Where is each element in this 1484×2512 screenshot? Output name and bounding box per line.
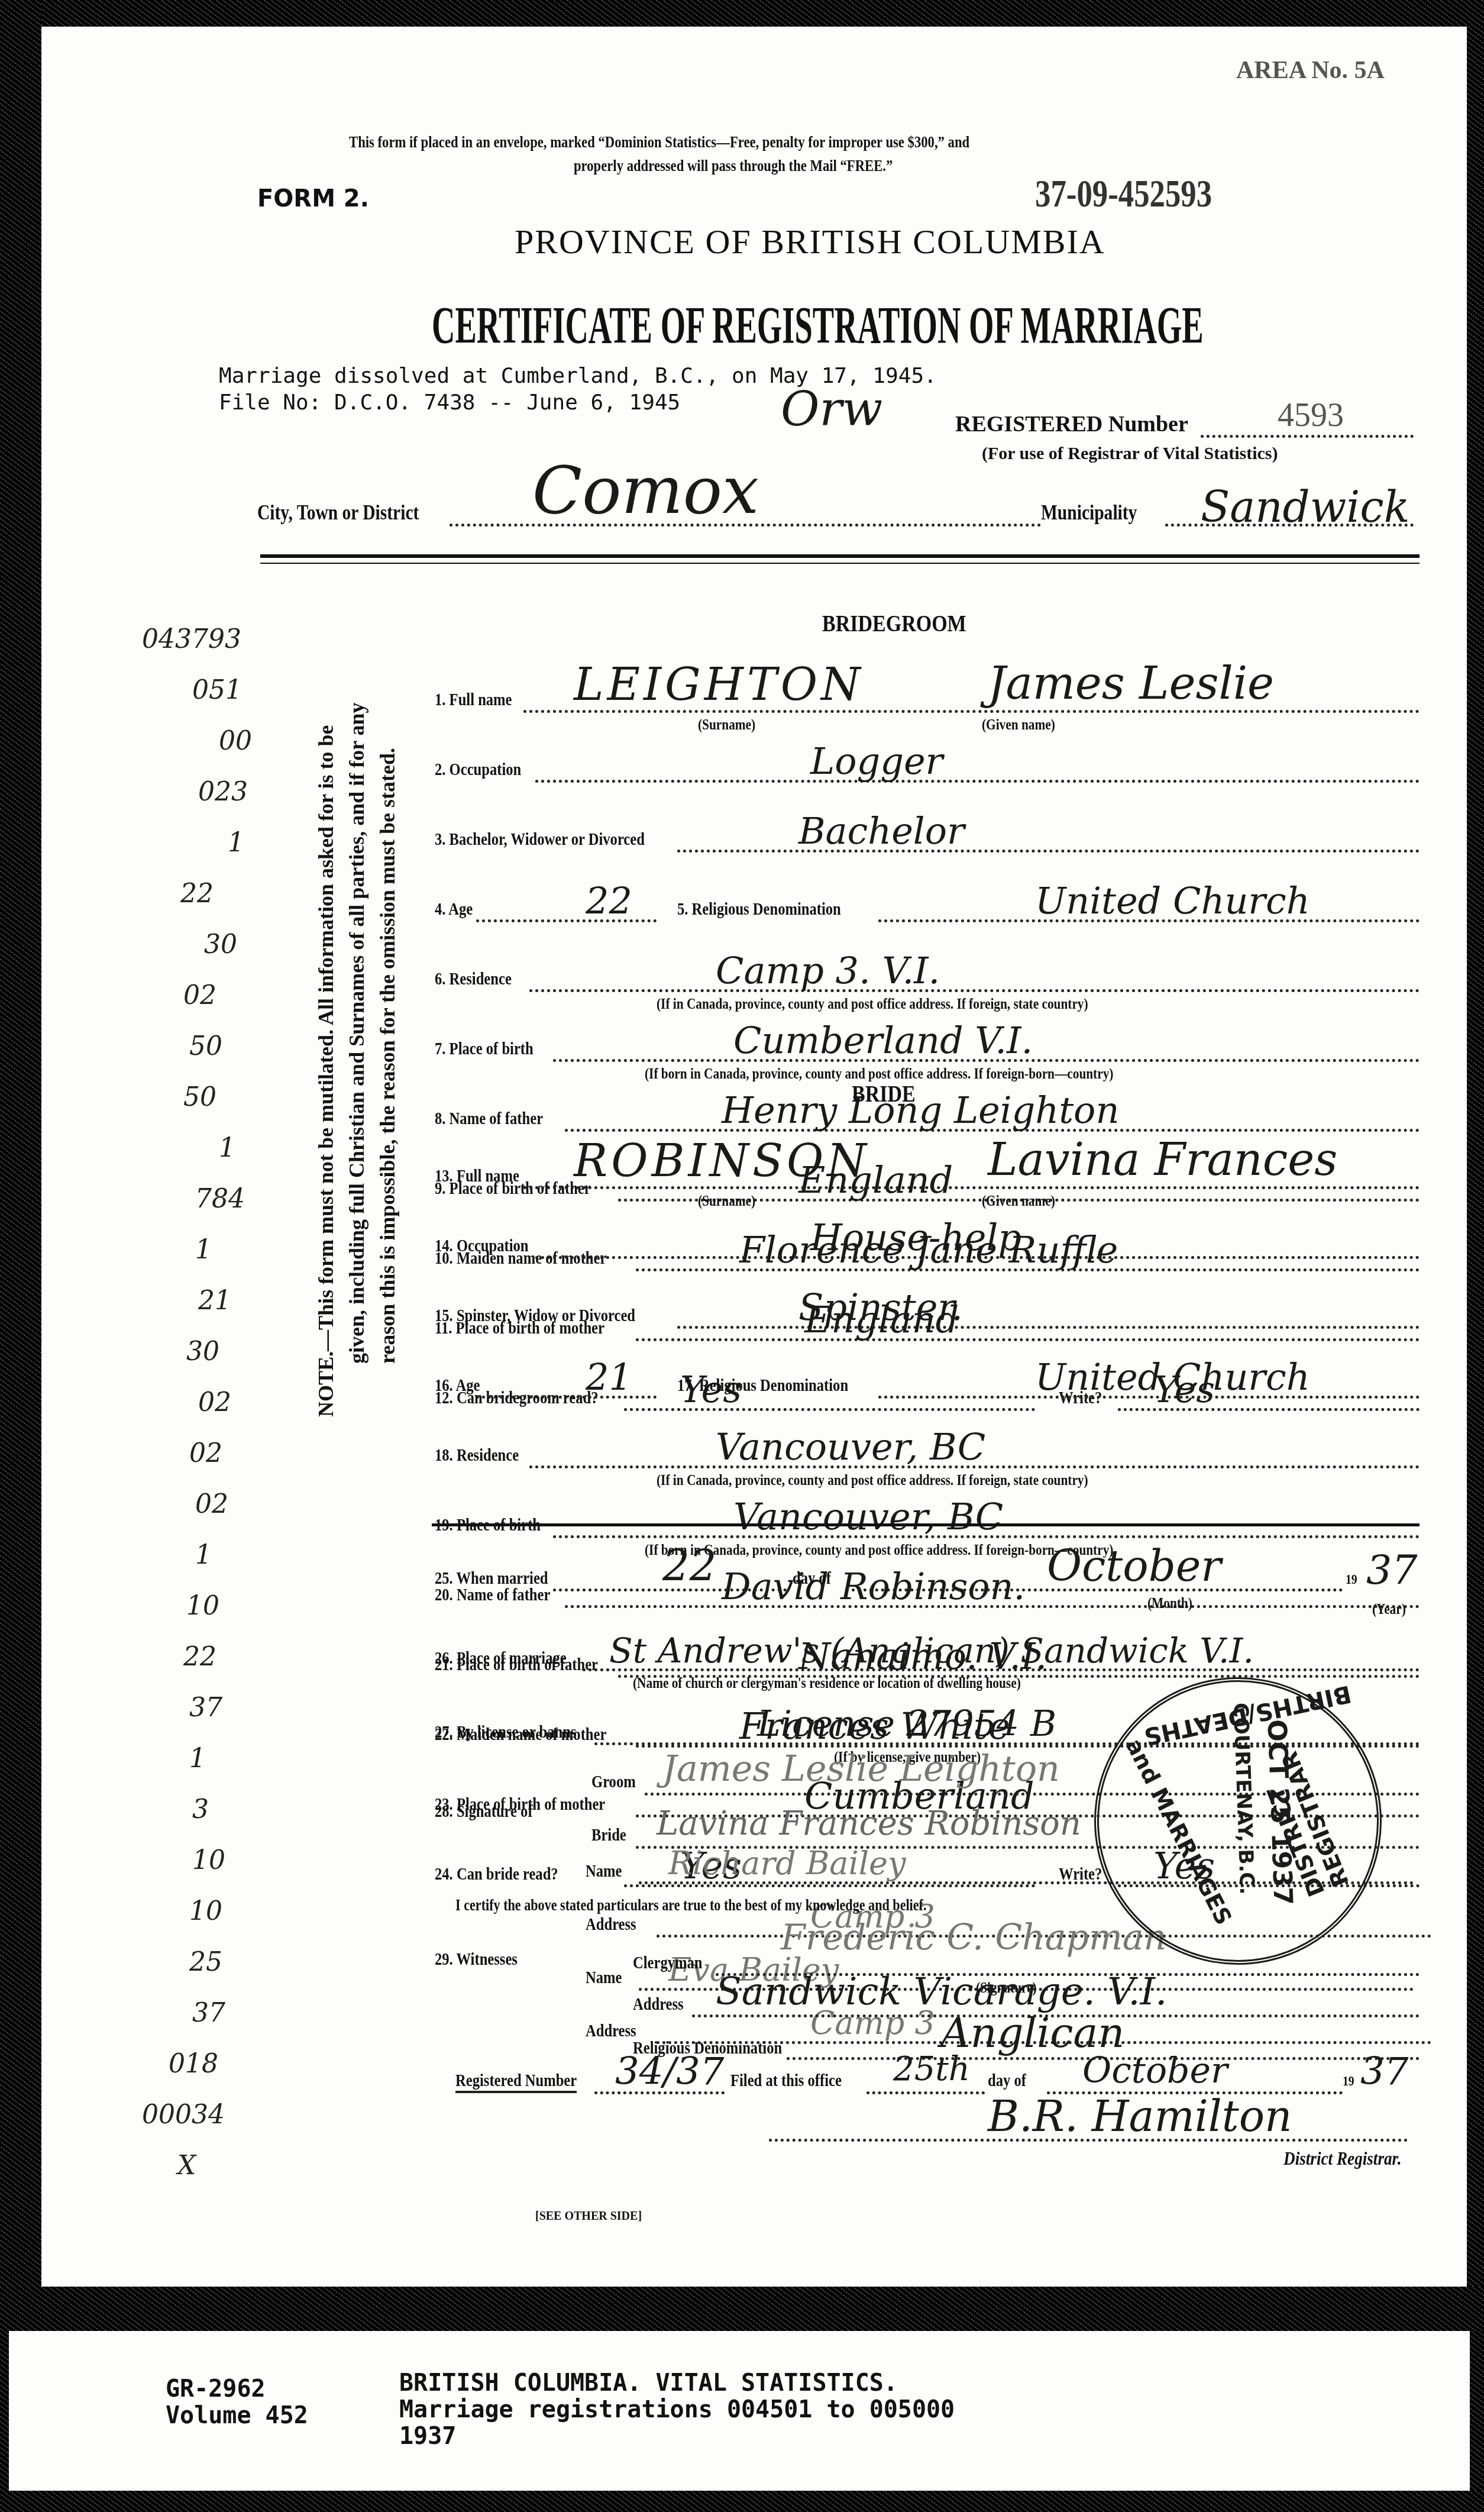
license-value: License 27954 B <box>757 1703 1056 1745</box>
municipality-label: Municipality <box>1041 500 1137 525</box>
day-of-label: day of <box>793 1568 831 1588</box>
margin-code: 10 <box>189 1896 222 1926</box>
bridegroom-surname: LEIGHTON <box>574 658 864 711</box>
bridegroom-residence-label: 6. Residence <box>435 969 512 989</box>
bride-given-hint: (Given name) <box>982 1192 1055 1210</box>
bridegroom-father-value: Henry Long Leighton <box>722 1089 1119 1132</box>
certificate-sheet: AREA No. 5A This form if placed in an en… <box>41 27 1467 2287</box>
city-label: City, Town or District <box>257 500 419 525</box>
filed-label: Filed at this office <box>730 2071 842 2091</box>
margin-code: 043793 <box>142 624 241 654</box>
margin-code: 02 <box>195 1489 228 1519</box>
registered-number-hint: (For use of Registrar of Vital Statistic… <box>982 444 1278 464</box>
margin-code: 25 <box>189 1947 222 1977</box>
bride-full-name-label: 13. Full name <box>435 1166 519 1186</box>
margin-code: 30 <box>204 929 237 960</box>
certificate-title: CERTIFICATE OF REGISTRATION OF MARRIAGE <box>432 296 1204 356</box>
bride-birthplace-value: Vancouver, BC <box>733 1495 1003 1538</box>
dissolution-note-line2: File No: D.C.O. 7438 -- June 6, 1945 <box>219 390 680 415</box>
clergyman-signature: Frederic C. Chapman <box>781 1917 1166 1958</box>
margin-code: 37 <box>192 1998 225 2028</box>
margin-code: 1 <box>189 1743 206 1774</box>
margin-code: 30 <box>186 1336 219 1367</box>
margin-code: 3 <box>192 1794 209 1825</box>
witness-2-address-label: Address <box>586 2021 636 2041</box>
bridegroom-father-label: 8. Name of father <box>435 1109 543 1129</box>
margin-code: 10 <box>192 1845 225 1875</box>
bridegroom-status-label: 3. Bachelor, Widower or Divorced <box>435 829 645 850</box>
bride-residence-label: 18. Residence <box>435 1445 519 1465</box>
bridegroom-age-label: 4. Age <box>435 899 473 919</box>
marriage-day: 22 <box>662 1541 717 1591</box>
bridegroom-occupation-line <box>535 780 1420 783</box>
bride-signature-label: Bride <box>591 1825 626 1845</box>
margin-code: 22 <box>183 1642 216 1672</box>
bride-occupation-label: 14. Occupation <box>435 1236 529 1256</box>
year-hint: (Year) <box>1372 1600 1406 1618</box>
district-registrar-label: District Registrar. <box>1283 2148 1401 2169</box>
bride-age-value: 21 <box>586 1355 632 1399</box>
bridegroom-age-value: 22 <box>586 879 632 922</box>
bride-father-value: David Robinson. <box>722 1565 1025 1608</box>
groom-signature: James Leslie Leighton <box>662 1748 1060 1790</box>
registered-number-line <box>1201 435 1414 438</box>
note-line-3: reason this is impossible, the reason fo… <box>372 702 403 1417</box>
stamp-left-text: and MARRIAGES <box>1121 1735 1237 1929</box>
signature-of-label: 28. Signature of <box>435 1801 533 1822</box>
bride-read-label: 24. Can bride read? <box>435 1864 558 1884</box>
place-of-marriage-label: 26. Place of marriage <box>435 1648 567 1668</box>
filed-day-of-label: day of <box>988 2071 1026 2091</box>
bridegroom-given-hint: (Given name) <box>982 716 1055 734</box>
witness-1-name-label: Name <box>586 1861 622 1881</box>
filed-year: 37 <box>1360 2050 1408 2094</box>
province-heading: PROVINCE OF BRITISH COLUMBIA <box>515 222 1105 261</box>
witness-1-address-label: Address <box>586 1914 636 1935</box>
scan-border-bottom <box>0 2491 1484 2512</box>
bride-status-value: Spinster. <box>798 1286 963 1329</box>
filed-month: October <box>1082 2050 1228 2091</box>
clergyman-label: Clergyman <box>633 1953 703 1973</box>
margin-code: 00 <box>219 726 252 756</box>
margin-code: X <box>177 2151 196 2181</box>
scan-border-middle <box>0 2287 1484 2331</box>
bridegroom-religion-label: 5. Religious Denomination <box>677 899 841 919</box>
municipality-value: Sandwick <box>1201 482 1409 532</box>
bridegroom-birthplace-label: 7. Place of birth <box>435 1039 534 1059</box>
groom-signature-label: Groom <box>591 1772 636 1792</box>
place-hint: (Name of church or clergyman's residence… <box>633 1674 1021 1692</box>
margin-code: 37 <box>189 1693 222 1723</box>
city-value: Comox <box>532 453 759 528</box>
scan-border-right <box>1467 0 1484 2512</box>
form-label: FORM 2. <box>257 185 369 212</box>
margin-code: 023 <box>198 777 248 807</box>
see-other-side: [SEE OTHER SIDE] <box>535 2210 642 2223</box>
archive-line-1: BRITISH COLUMBIA. VITAL STATISTICS. <box>399 2369 898 2397</box>
file-stamp-number: 37-09-452593 <box>1035 172 1212 217</box>
bride-divider <box>432 1523 1420 1526</box>
header-divider <box>260 554 1420 558</box>
margin-code: 22 <box>180 879 214 909</box>
marriage-month: October <box>1047 1541 1221 1591</box>
archive-line-2: Marriage registrations 004501 to 005000 <box>399 2396 955 2423</box>
bridegroom-residence-line <box>529 989 1420 992</box>
bridegroom-mother-birthplace-line <box>636 1338 1420 1341</box>
bride-signature: Lavina Frances Robinson <box>657 1804 1081 1843</box>
bride-residence-value: Vancouver, BC <box>716 1425 985 1468</box>
when-married-label: 25. When married <box>435 1568 548 1588</box>
bride-occupation-value: House-help <box>810 1216 1021 1259</box>
margin-code: 1 <box>195 1235 212 1265</box>
bridegroom-occupation-value: Logger <box>810 740 943 783</box>
margin-code: 10 <box>186 1591 219 1621</box>
registrar-initials: Orw <box>781 382 882 437</box>
filing-registered-number-label: Registered Number <box>455 2071 577 2093</box>
bride-heading: BRIDE <box>852 1080 916 1108</box>
margin-code: 1 <box>219 1133 235 1163</box>
year-prefix: 19 <box>1346 1572 1357 1588</box>
margin-code: 50 <box>189 1031 222 1061</box>
bride-age-label: 16. Age <box>435 1376 480 1396</box>
witness-2-name-label: Name <box>586 1968 622 1988</box>
bride-given-name: Lavina Frances <box>988 1133 1337 1186</box>
margin-code: 00034 <box>142 2100 225 2130</box>
header-divider-thin <box>260 563 1420 564</box>
registered-number-value: 4593 <box>1278 396 1344 434</box>
filed-day: 25th <box>893 2050 970 2088</box>
margin-code: 1 <box>195 1540 212 1570</box>
margin-code: 018 <box>169 2049 218 2079</box>
bride-religion-value: United Church <box>1035 1355 1310 1399</box>
margin-code: 051 <box>192 675 242 705</box>
archive-volume: Volume 452 <box>166 2402 308 2429</box>
bridegroom-occupation-label: 2. Occupation <box>435 760 521 780</box>
note-line-1: NOTE.—This form must not be mutilated. A… <box>311 702 341 1417</box>
stamp-date-text: OCT 25 1937 <box>1262 1719 1298 1906</box>
license-label: 27. By license or banns <box>435 1722 576 1742</box>
certification-statement: I certify the above stated particulars a… <box>455 1896 927 1914</box>
bridegroom-given-name: James Leslie <box>988 657 1274 709</box>
bride-surname-hint: (Surname) <box>698 1192 755 1210</box>
note-line-2: given, including full Christian and Surn… <box>341 702 372 1417</box>
bridegroom-full-name-label: 1. Full name <box>435 690 512 710</box>
bride-surname: ROBINSON <box>574 1134 870 1187</box>
month-hint: (Month) <box>1147 1594 1192 1612</box>
witnesses-label: 29. Witnesses <box>435 1949 518 1969</box>
mail-notice-line2: properly addressed will pass through the… <box>574 157 893 175</box>
bride-religion-label: 17. Religious Denomination <box>677 1376 848 1396</box>
bridegroom-residence-value: Camp 3. V.I. <box>716 949 940 992</box>
registrar-signature: B.R. Hamilton <box>988 2091 1292 2141</box>
margin-code: 02 <box>183 980 216 1010</box>
registered-number-label: REGISTERED Number <box>955 411 1188 437</box>
margin-code: 1 <box>228 828 244 858</box>
bridegroom-surname-hint: (Surname) <box>698 716 755 734</box>
bride-residence-hint: (If in Canada, province, county and post… <box>657 1471 1088 1489</box>
mutilation-note: NOTE.—This form must not be mutilated. A… <box>311 702 403 1417</box>
filed-day-line <box>867 2091 985 2094</box>
margin-code: 784 <box>195 1184 245 1214</box>
filed-year-prefix: 19 <box>1343 2074 1354 2090</box>
marriage-year: 37 <box>1366 1547 1418 1594</box>
archive-label: GR-2962 Volume 452 BRITISH COLUMBIA. VIT… <box>9 2331 1470 2491</box>
stamp-place-text: COURTENAY, B.C. <box>1228 1702 1259 1895</box>
scan-border-left <box>0 0 41 2512</box>
bridegroom-heading: BRIDEGROOM <box>822 609 966 637</box>
bridegroom-residence-hint: (If in Canada, province, county and post… <box>657 995 1088 1013</box>
clergyman-address: Sandwick Vicarage. V.I. <box>716 1970 1167 2014</box>
margin-code: 02 <box>198 1387 231 1418</box>
bridegroom-religion-value: United Church <box>1035 879 1310 922</box>
bride-status-label: 15. Spinster, Widow or Divorced <box>435 1306 635 1326</box>
area-number: AREA No. 5A <box>1236 56 1385 85</box>
witness-1-name: Richard Bailey <box>668 1845 906 1882</box>
mail-notice-line1: This form if placed in an envelope, mark… <box>349 133 969 151</box>
place-of-marriage-value: St Andrew's (Anglican) Sandwick V.I. <box>609 1630 1254 1671</box>
scan-border-top <box>0 0 1484 27</box>
bridegroom-status-line <box>677 850 1420 853</box>
bride-status-line <box>677 1326 1420 1329</box>
bridegroom-status-value: Bachelor <box>798 809 965 853</box>
margin-code: 50 <box>183 1082 216 1112</box>
margin-code: 21 <box>198 1286 231 1316</box>
archive-series: GR-2962 <box>166 2375 266 2403</box>
margin-code: 02 <box>189 1438 222 1468</box>
archive-line-3: 1937 <box>399 2423 456 2450</box>
clergyman-address-label: Address <box>633 1994 684 2014</box>
filing-registered-number: 34/37 <box>615 2050 724 2094</box>
bridegroom-birthplace-value: Cumberland V.I. <box>733 1019 1033 1062</box>
